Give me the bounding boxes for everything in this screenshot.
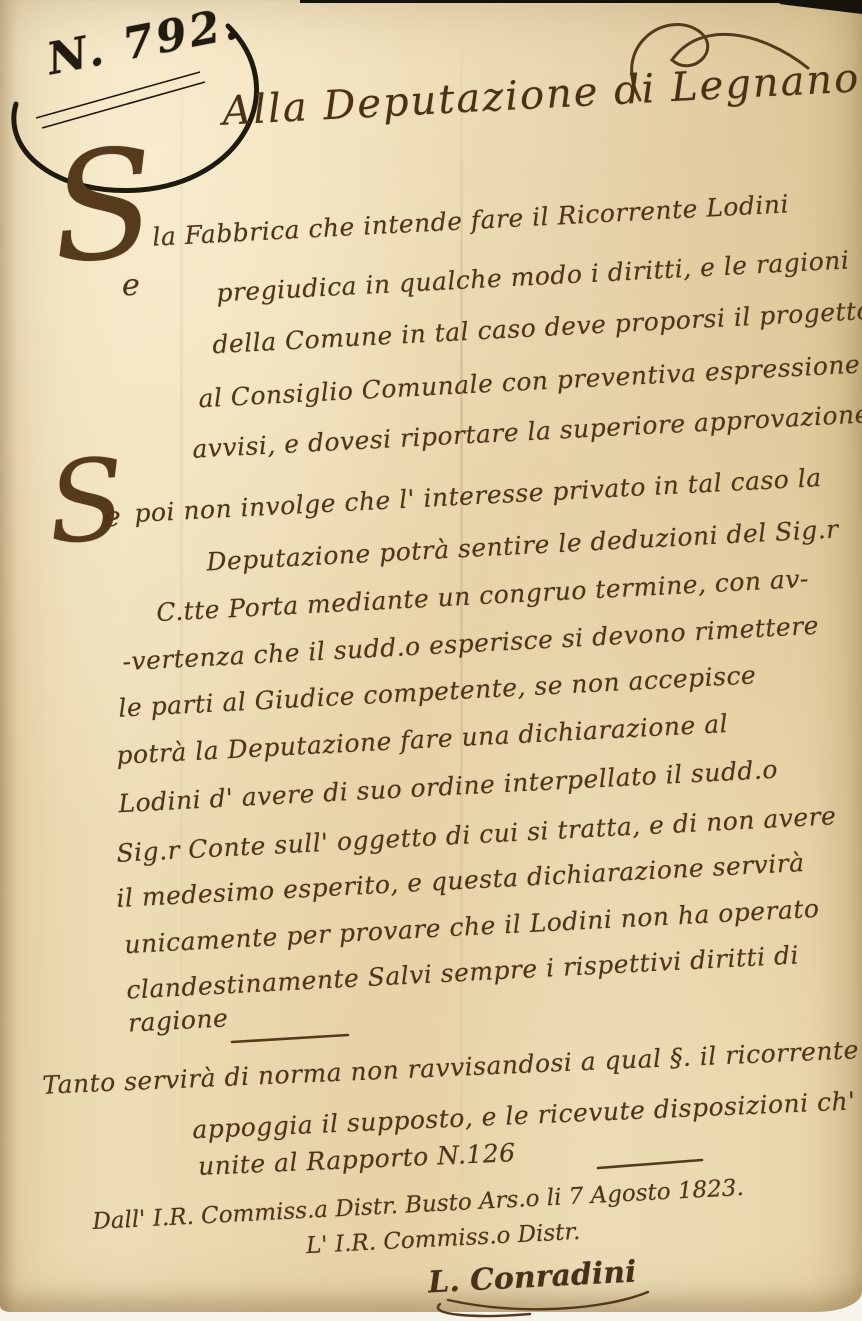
heading: Alla Deputazione di Legnano bbox=[221, 55, 861, 134]
drop-cap-small-para2: e bbox=[104, 500, 121, 533]
manuscript-paper: N. 792. Alla Deputazione di Legnano S e … bbox=[0, 0, 862, 1312]
manuscript-line: appoggia il supposto, e le ricevute disp… bbox=[192, 1083, 862, 1145]
drop-cap-para1: S bbox=[47, 137, 159, 279]
scan-edge-wedge bbox=[774, 0, 862, 14]
registration-number: N. 792. bbox=[43, 0, 245, 85]
manuscript-line: unite al Rapporto N.126 bbox=[198, 1138, 517, 1181]
manuscript-line: la Fabbrica che intende fare il Ricorren… bbox=[152, 189, 790, 251]
rapporto-dash bbox=[598, 1160, 702, 1168]
manuscript-line: ragione bbox=[127, 1003, 229, 1037]
manuscript-line: pregiudica in qualche modo i diritti, e … bbox=[216, 245, 850, 307]
ragione-dash bbox=[232, 1035, 348, 1042]
manuscript-line: poi non involge che l' interesse privato… bbox=[134, 463, 823, 528]
drop-cap-small-para1: e bbox=[122, 268, 140, 303]
manuscript-line: Tanto servirà di norma non ravvisandosi … bbox=[42, 1035, 860, 1100]
manuscript-line: avvisi, e dovesi riportare la superiore … bbox=[192, 399, 862, 463]
office-line: L' I.R. Commiss.o Distr. bbox=[306, 1219, 581, 1259]
signature: L. Conradini bbox=[427, 1255, 637, 1301]
manuscript-line: della Comune in tal caso deve proporsi i… bbox=[212, 296, 862, 360]
manuscript-line: al Consiglio Comunale con preventiva esp… bbox=[198, 346, 862, 413]
manuscript-line: potrà la Deputazione fare una dichiarazi… bbox=[116, 709, 729, 770]
dateline: Dall' I.R. Commiss.a Distr. Busto Ars.o … bbox=[92, 1175, 745, 1235]
